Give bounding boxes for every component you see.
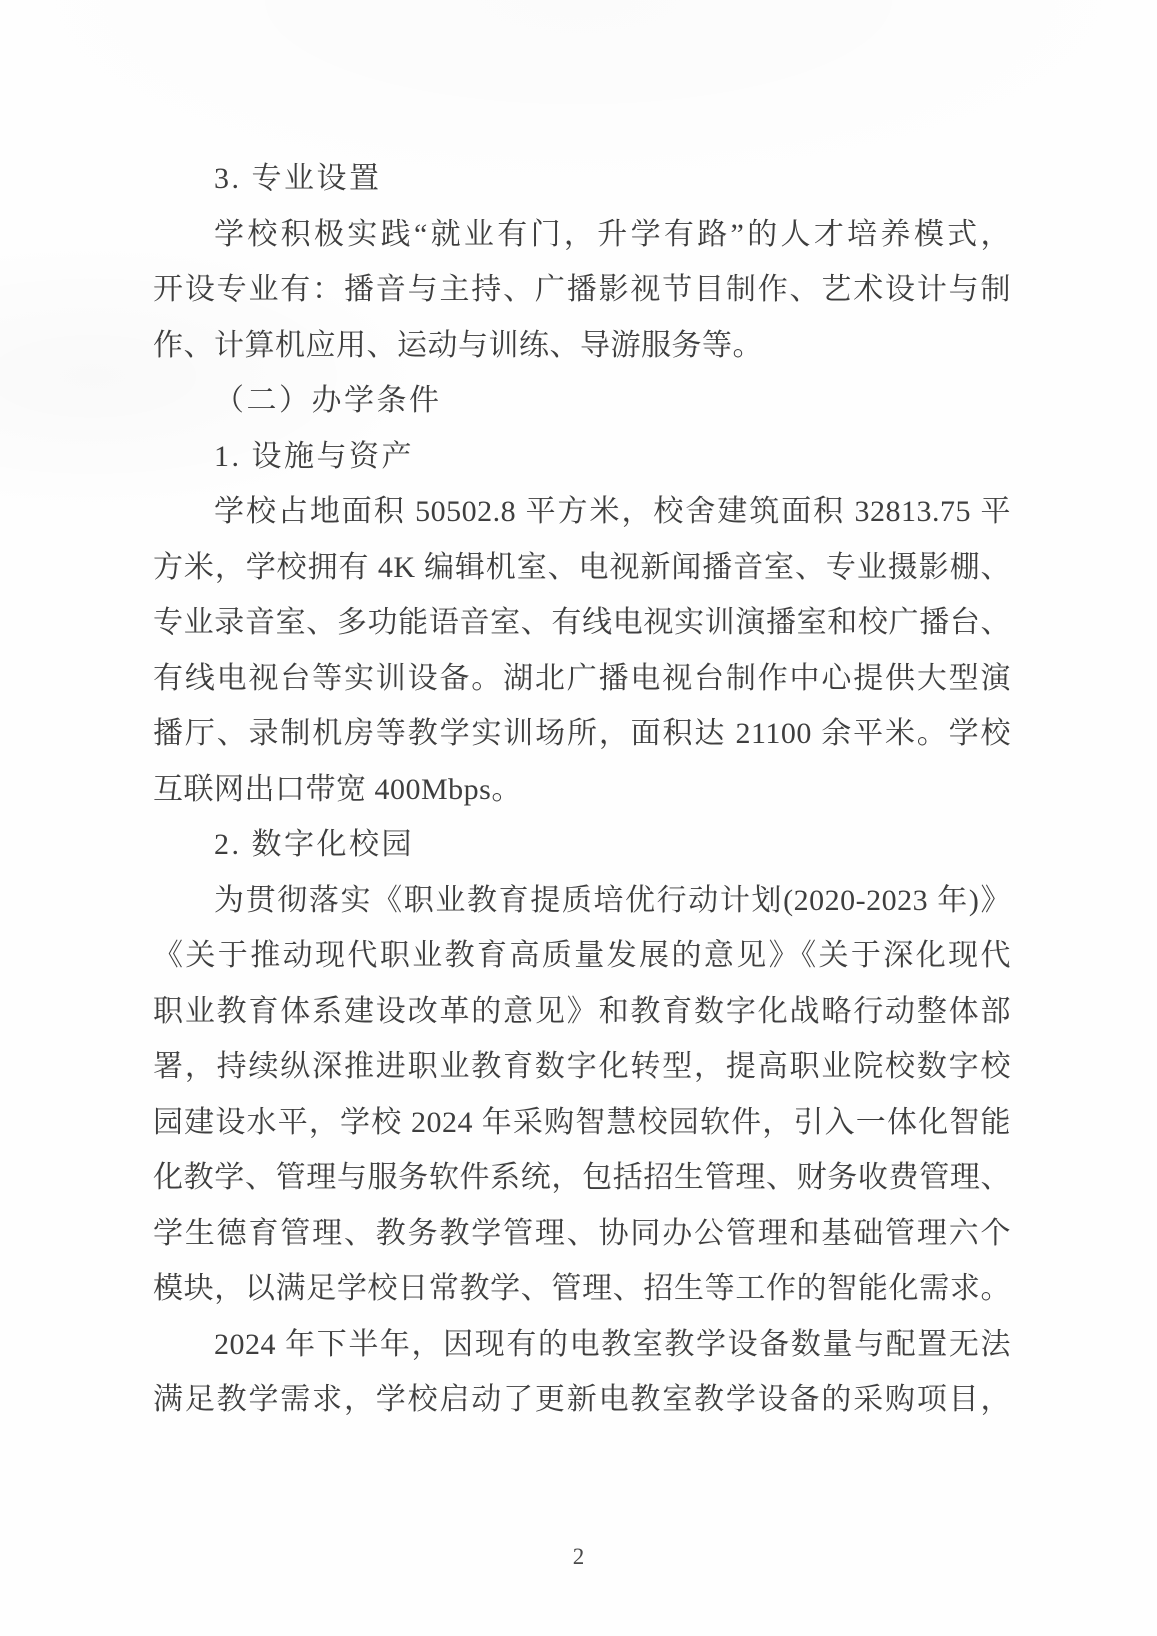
- text-line: 开设专业有：播音与主持、广播影视节目制作、艺术设计与制: [153, 262, 1011, 318]
- document-page: 3. 专业设置学校积极实践“就业有门，升学有路”的人才培养模式，开设专业有：播音…: [0, 0, 1157, 1636]
- section-heading-line: 3. 专业设置: [153, 151, 1011, 207]
- text-line: 模块，以满足学校日常教学、管理、招生等工作的智能化需求。: [153, 1261, 1011, 1317]
- text-line: 署，持续纵深推进职业教育数字化转型，提高职业院校数字校: [153, 1039, 1011, 1095]
- page-number: 2: [0, 1544, 1157, 1570]
- text-line: 满足教学需求，学校启动了更新电教室教学设备的采购项目，: [153, 1372, 1011, 1428]
- text-line: 方米，学校拥有 4K 编辑机室、电视新闻播音室、专业摄影棚、: [153, 540, 1011, 596]
- text-line: 《关于推动现代职业教育高质量发展的意见》《关于深化现代: [153, 928, 1011, 984]
- section-heading-line: 1. 设施与资产: [153, 429, 1011, 485]
- text-line: 互联网出口带宽 400Mbps。: [153, 762, 1011, 818]
- text-line: 作、计算机应用、运动与训练、导游服务等。: [153, 318, 1011, 374]
- text-line: 播厅、录制机房等教学实训场所，面积达 21100 余平米。学校: [153, 706, 1011, 762]
- text-line: 园建设水平，学校 2024 年采购智慧校园软件，引入一体化智能: [153, 1095, 1011, 1151]
- section-heading-line: 2. 数字化校园: [153, 817, 1011, 873]
- section-heading-line: （二）办学条件: [153, 373, 1011, 429]
- text-line: 学校积极实践“就业有门，升学有路”的人才培养模式，: [153, 207, 1011, 263]
- document-body: 3. 专业设置学校积极实践“就业有门，升学有路”的人才培养模式，开设专业有：播音…: [153, 151, 1011, 1428]
- text-line: 专业录音室、多功能语音室、有线电视实训演播室和校广播台、: [153, 595, 1011, 651]
- text-line: 学校占地面积 50502.8 平方米，校舍建筑面积 32813.75 平: [153, 484, 1011, 540]
- text-line: 为贯彻落实《职业教育提质培优行动计划(2020-2023 年)》: [153, 873, 1011, 929]
- text-line: 职业教育体系建设改革的意见》和教育数字化战略行动整体部: [153, 984, 1011, 1040]
- text-line: 化教学、管理与服务软件系统，包括招生管理、财务收费管理、: [153, 1150, 1011, 1206]
- text-line: 有线电视台等实训设备。湖北广播电视台制作中心提供大型演: [153, 651, 1011, 707]
- text-line: 学生德育管理、教务教学管理、协同办公管理和基础管理六个: [153, 1206, 1011, 1262]
- text-line: 2024 年下半年，因现有的电教室教学设备数量与配置无法: [153, 1317, 1011, 1373]
